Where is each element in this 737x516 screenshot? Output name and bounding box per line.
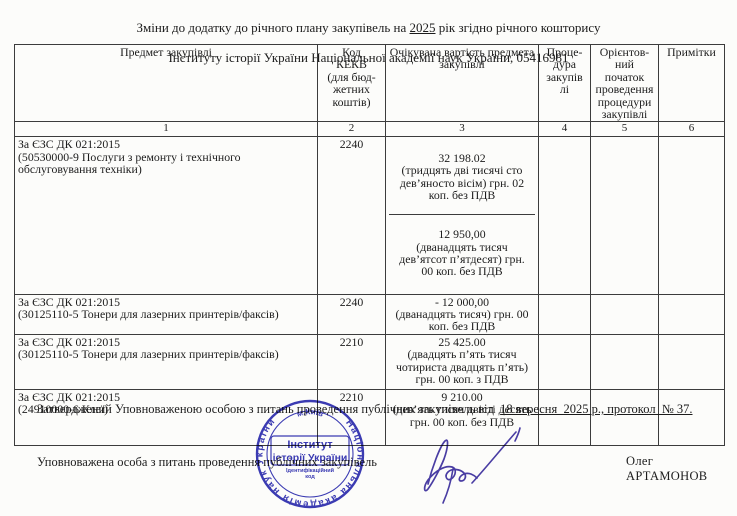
handwritten-signature	[412, 420, 530, 508]
kekv-cell: 2240	[318, 137, 386, 294]
procurement-changes-table: Предмет закупівлі Код КЕКВ (для бюд- жет…	[14, 44, 725, 446]
procedure-cell	[539, 137, 591, 294]
stamp-id-line1: Ідентифікаційний	[286, 467, 334, 474]
stamp-center-line1: Інститут	[287, 439, 333, 451]
start-cell	[591, 389, 659, 445]
approval-date-protocol: 18 вересня 2025 р., протокол № 37.	[500, 402, 692, 416]
cost-part-1: 32 198.02 (тридцять дві тисячі сто дев’я…	[389, 151, 535, 215]
signature-flourish	[472, 432, 516, 483]
header-procedure: Проце- дура закупів лі	[539, 45, 591, 122]
procedure-cell	[539, 294, 591, 334]
signature-graphic	[412, 420, 530, 508]
colnum-2: 2	[318, 122, 386, 137]
kekv-cell: 2210	[318, 334, 386, 389]
cost-part-2: 12 950,00 (дванадцять тисяч дев’ятсот п’…	[389, 227, 535, 280]
cost-cell: 25 425.00 (двадцять п’ять тисяч чотирист…	[386, 334, 539, 389]
table-header-row: Предмет закупівлі Код КЕКВ (для бюд- жет…	[15, 45, 725, 122]
colnum-3: 3	[386, 122, 539, 137]
header-kekv: Код КЕКВ (для бюд- жетних коштів)	[318, 45, 386, 122]
scanned-document-page: Зміни до додатку до річного плану закупі…	[0, 0, 737, 516]
header-subject: Предмет закупівлі	[15, 45, 318, 122]
subject-cell: За ЄЗС ДК 021:2015 (50530000-9 Послуги з…	[15, 137, 318, 294]
header-notes: Примітки	[659, 45, 725, 122]
cost-cell: 32 198.02 (тридцять дві тисячі сто дев’я…	[386, 137, 539, 294]
cost-cell: - 12 000,00 (дванадцять тисяч) грн. 00 к…	[386, 294, 539, 334]
table-row: За ЄЗС ДК 021:2015 (24910000-6 Клеї) 221…	[15, 389, 725, 445]
procedure-cell	[539, 334, 591, 389]
title-year: 2025	[410, 20, 436, 35]
title-line1-before: Зміни до додатку до річного плану закупі…	[137, 20, 410, 35]
notes-cell	[659, 389, 725, 445]
colnum-5: 5	[591, 122, 659, 137]
signature-tick	[515, 428, 520, 441]
header-expected-cost: Очікувана вартість предмета закупівлі	[386, 45, 539, 122]
colnum-6: 6	[659, 122, 725, 137]
colnum-1: 1	[15, 122, 318, 137]
procedure-cell	[539, 389, 591, 445]
start-cell	[591, 137, 659, 294]
table-row: За ЄЗС ДК 021:2015 (50530000-9 Послуги з…	[15, 137, 725, 294]
column-number-row: 1 2 3 4 5 6	[15, 122, 725, 137]
kekv-cell: 2240	[318, 294, 386, 334]
notes-cell	[659, 137, 725, 294]
notes-cell	[659, 334, 725, 389]
stamp-city-text: м.Київ	[295, 407, 324, 419]
table-row: За ЄЗС ДК 021:2015 (30125110-5 Тонери дл…	[15, 334, 725, 389]
subject-cell: За ЄЗС ДК 021:2015 (30125110-5 Тонери дл…	[15, 294, 318, 334]
stamp-id-line2: код	[305, 474, 315, 480]
notes-cell	[659, 294, 725, 334]
stamp-center-line2: історії України	[273, 452, 348, 464]
official-round-stamp: Національна академія наук України м.Київ…	[254, 398, 366, 510]
title-line1-after: рік згідно річного кошторису	[436, 20, 601, 35]
signature-tail	[443, 469, 453, 503]
header-start: Орієнтов- ний початок проведення процеду…	[591, 45, 659, 122]
signer-name: Олег АРТАМОНОВ	[626, 454, 737, 484]
colnum-4: 4	[539, 122, 591, 137]
table-row: За ЄЗС ДК 021:2015 (30125110-5 Тонери дл…	[15, 294, 725, 334]
start-cell	[591, 294, 659, 334]
start-cell	[591, 334, 659, 389]
subject-cell: За ЄЗС ДК 021:2015 (30125110-5 Тонери дл…	[15, 334, 318, 389]
stamp-graphic: Національна академія наук України м.Київ…	[254, 398, 366, 510]
